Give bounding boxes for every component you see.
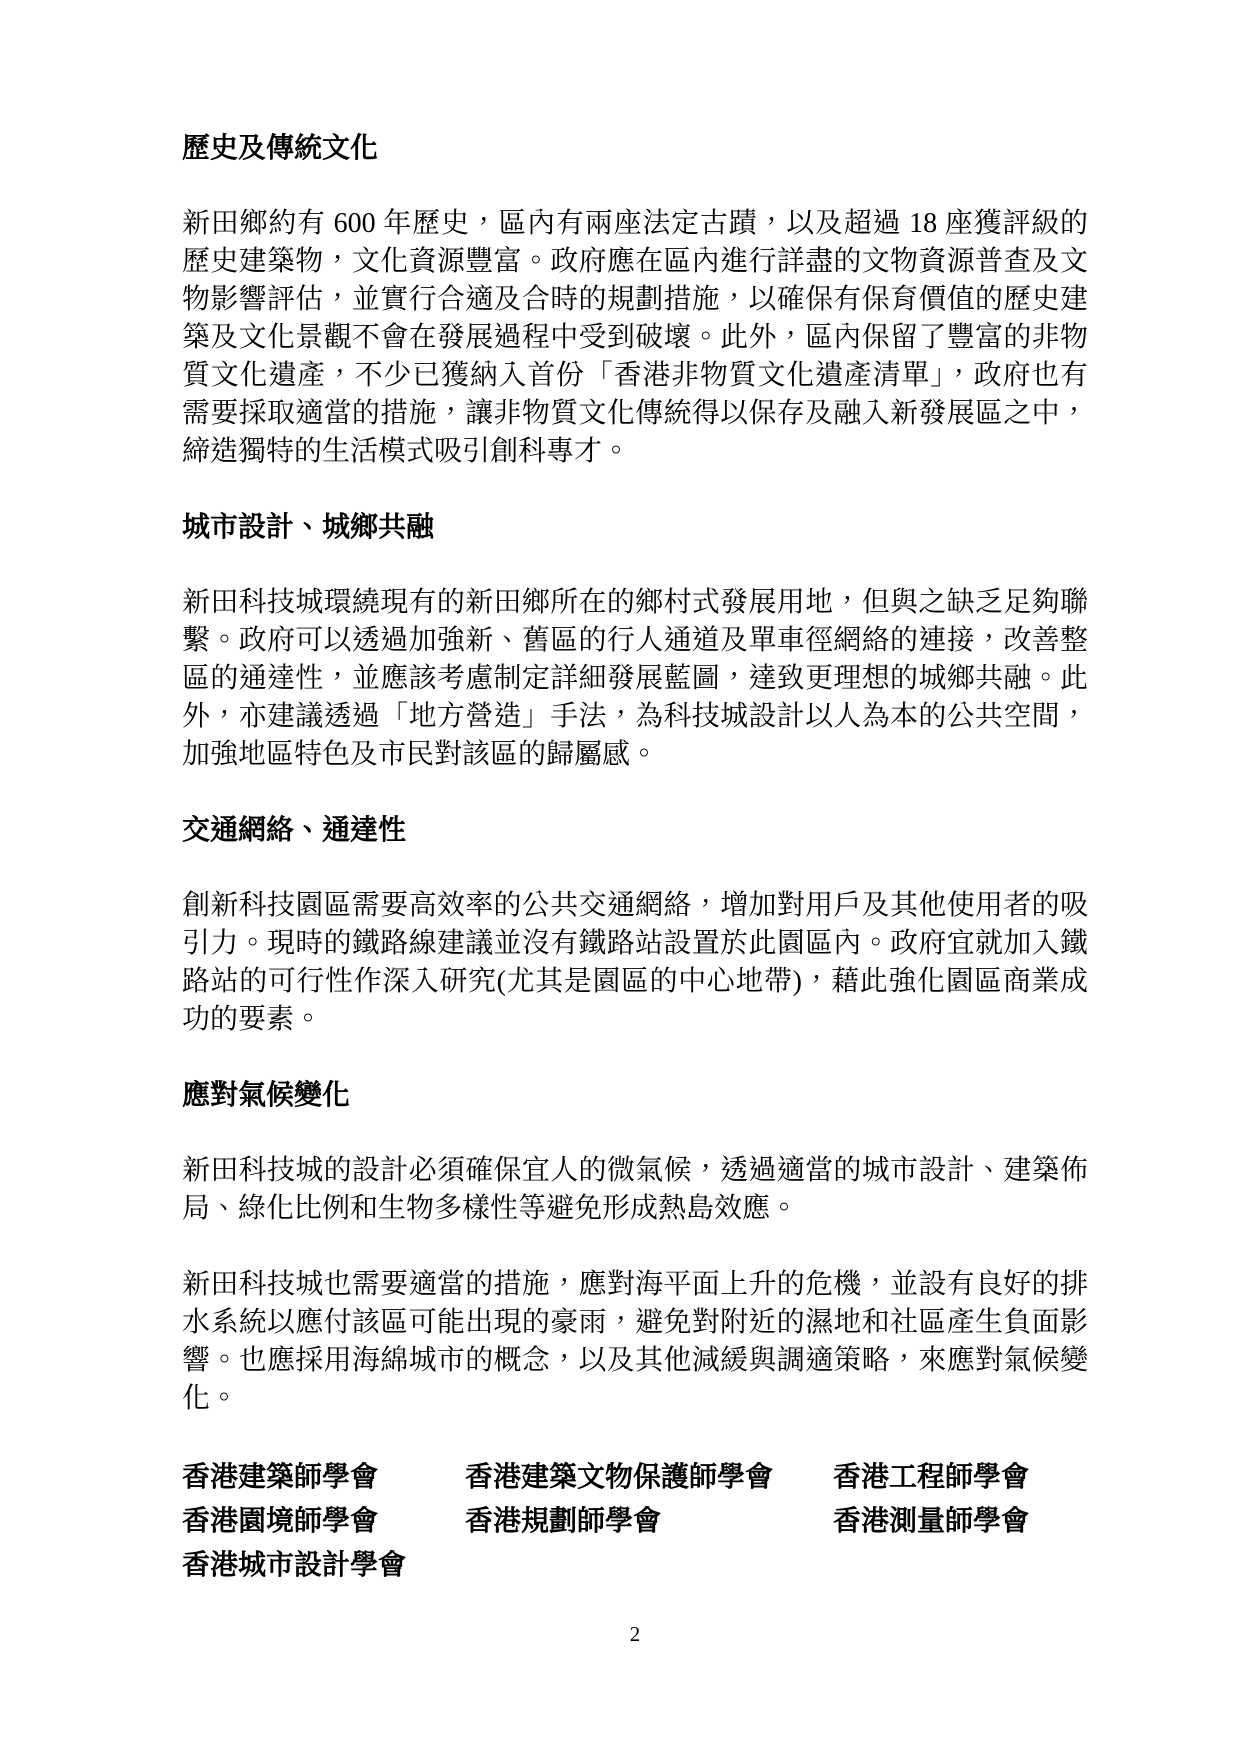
paragraph-urban-design: 新田科技城環繞現有的新田鄉所在的鄉村式發展用地，但與之缺乏足夠聯繫。政府可以透過… — [182, 584, 1088, 774]
signatory-hkia: 香港建築師學會 — [182, 1456, 465, 1500]
paragraph-history-culture: 新田鄉約有 600 年歷史，區內有兩座法定古蹟，以及超過 18 座獲評級的歷史建… — [182, 205, 1088, 471]
section-transport-network: 交通網絡、通達性 創新科技園區需要高效率的公共交通網絡，增加對用户及其他使用者的… — [182, 812, 1088, 1039]
section-history-culture: 歷史及傳統文化 新田鄉約有 600 年歷史，區內有兩座法定古蹟，以及超過 18 … — [182, 130, 1088, 471]
signatory-hkiud: 香港城市設計學會 — [182, 1544, 465, 1588]
document-content: 歷史及傳統文化 新田鄉約有 600 年歷史，區內有兩座法定古蹟，以及超過 18 … — [182, 130, 1088, 1588]
section-heading-transport-network: 交通網絡、通達性 — [182, 812, 1088, 850]
signatory-hkip: 香港規劃師學會 — [465, 1500, 833, 1544]
section-heading-urban-design: 城市設計、城鄉共融 — [182, 509, 1088, 547]
paragraph-climate-change-sea-level: 新田科技城也需要適當的措施，應對海平面上升的危機，並設有良好的排水系統以應付該區… — [182, 1266, 1088, 1418]
paragraph-climate-change-microclimate: 新田科技城的設計必須確保宜人的微氣候，透過適當的城市設計、建築佈局、綠化比例和生… — [182, 1152, 1088, 1228]
signatory-hkila: 香港園境師學會 — [182, 1500, 465, 1544]
section-heading-history-culture: 歷史及傳統文化 — [182, 130, 1088, 168]
section-urban-design: 城市設計、城鄉共融 新田科技城環繞現有的新田鄉所在的鄉村式發展用地，但與之缺乏足… — [182, 509, 1088, 774]
paragraph-transport-network: 創新科技園區需要高效率的公共交通網絡，增加對用户及其他使用者的吸引力。現時的鐵路… — [182, 887, 1088, 1039]
page-number: 2 — [182, 1620, 1088, 1648]
signatory-hkie: 香港工程師學會 — [833, 1456, 1088, 1500]
document-page: 歷史及傳統文化 新田鄉約有 600 年歷史，區內有兩座法定古蹟，以及超過 18 … — [0, 0, 1241, 1755]
signatory-hkis: 香港測量師學會 — [833, 1500, 1088, 1544]
signatories-list: 香港建築師學會 香港建築文物保護師學會 香港工程師學會 香港園境師學會 香港規劃… — [182, 1456, 1088, 1588]
section-climate-change: 應對氣候變化 新田科技城的設計必須確保宜人的微氣候，透過適當的城市設計、建築佈局… — [182, 1077, 1088, 1418]
signatory-hkicon: 香港建築文物保護師學會 — [465, 1456, 833, 1500]
section-heading-climate-change: 應對氣候變化 — [182, 1077, 1088, 1115]
